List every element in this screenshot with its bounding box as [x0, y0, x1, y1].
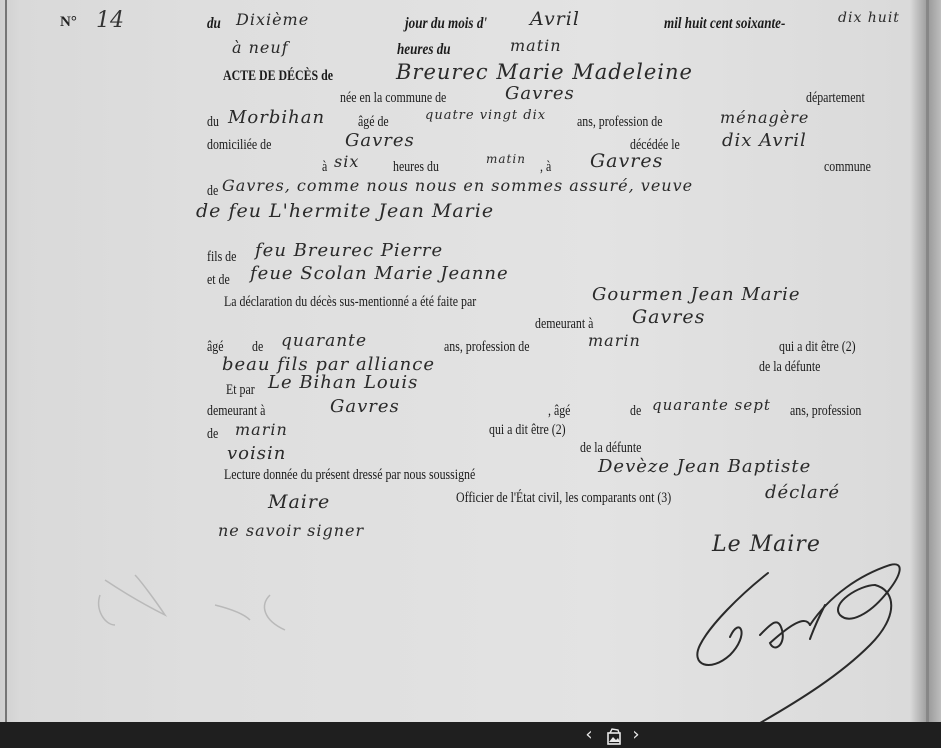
printed-heures-du: heures du [397, 41, 451, 59]
hw-father: feu Breurec Pierre [255, 240, 443, 261]
printed-de-4: de [207, 426, 218, 443]
hw-declarant2-name: Le Bihan Louis [268, 372, 418, 393]
prev-image-button[interactable]: ‹ [579, 725, 599, 745]
record-number: 14 [96, 8, 124, 33]
viewer-toolbar: ‹ › [0, 722, 941, 748]
hw-spouse-line: de feu L'hermite Jean Marie [196, 200, 494, 222]
printed-fils-de: fils de [207, 249, 236, 266]
hw-comparants-declared: déclaré [765, 482, 840, 503]
printed-de: de [207, 183, 218, 200]
hw-closing-title: Le Maire [712, 532, 821, 557]
hw-declarant1-name: Gourmen Jean Marie [592, 284, 801, 305]
hw-death-hour: six [334, 152, 359, 171]
hw-cannot-sign: ne savoir signer [218, 521, 364, 540]
hw-hour: à neuf [232, 38, 289, 57]
image-view-button[interactable] [604, 725, 624, 745]
hw-time-of-day: matin [510, 36, 562, 55]
printed-demeurant-a: demeurant à [535, 316, 593, 333]
hw-profession: ménagère [720, 108, 809, 127]
printed-ans-profession: ans, profession de [577, 114, 663, 131]
hw-department: Morbihan [228, 107, 325, 128]
hw-declarant1-profession: marin [588, 331, 641, 350]
record-number-label: N° [60, 14, 77, 31]
printed-et-par: Et par [226, 382, 255, 399]
document-scan: N° 14 du Dixième jour du mois d' Avril m… [0, 0, 941, 722]
hw-death-time-of-day: matin [486, 152, 526, 166]
hw-commune-line: Gavres, comme nous nous en sommes assuré… [222, 176, 693, 195]
printed-year: mil huit cent soixante- [664, 15, 785, 33]
page-edge [926, 0, 929, 722]
hw-year-suffix: dix huit [838, 10, 900, 26]
printed-acte-de-deces: ACTE DE DÉCÈS de [223, 68, 333, 85]
printed-heures-du-2: heures du [393, 159, 439, 176]
hw-declarant1-age: quarante [281, 331, 367, 351]
image-icon [606, 727, 622, 745]
printed-officier: Officier de l'État civil, les comparants… [456, 490, 671, 507]
hw-birth-commune: Gavres [505, 83, 575, 104]
printed-qui-a-dit-etre-2: qui a dit être (2) [489, 422, 566, 439]
printed-age-2: , âgé [548, 403, 570, 420]
printed-de-la-defunte: de la défunte [759, 359, 820, 376]
hw-declarant2-age: quarante sept [652, 396, 771, 414]
printed-a: à [322, 159, 327, 176]
printed-nee-commune: née en la commune de [340, 90, 446, 107]
printed-et-de: et de [207, 272, 230, 289]
printed-commune: commune [824, 159, 871, 176]
hw-declarant2-profession: marin [235, 420, 288, 439]
printed-a-2: , à [540, 159, 551, 176]
hw-declarant2-residence: Gavres [330, 396, 400, 417]
hw-mother: feue Scolan Marie Jeanne [250, 263, 509, 284]
hw-age: quatre vingt dix [425, 108, 546, 123]
hw-declarant2-relation: voisin [227, 443, 286, 464]
printed-declaration: La déclaration du décès sus-mentionné a … [224, 294, 476, 311]
hw-death-place: Gavres [590, 150, 663, 172]
hw-officer-title: Maire [268, 491, 330, 513]
next-image-button[interactable]: › [626, 725, 646, 745]
printed-de-3: de [630, 403, 641, 420]
hw-officer-name: Devèze Jean Baptiste [598, 456, 811, 477]
printed-du: du [207, 15, 221, 33]
printed-age-de: âgé de [358, 114, 389, 131]
hw-deceased-name: Breurec Marie Madeleine [396, 60, 693, 84]
printed-lecture: Lecture donnée du présent dressé par nou… [224, 467, 475, 484]
chevron-right-icon: › [632, 724, 639, 745]
printed-de-la-defunte-2: de la défunte [580, 440, 641, 457]
chevron-left-icon: ‹ [585, 724, 592, 745]
binding-line [5, 0, 7, 722]
printed-demeurant-a-2: demeurant à [207, 403, 265, 420]
bleed-through-marks [95, 570, 295, 650]
printed-domiciliee: domiciliée de [207, 137, 271, 154]
printed-du-2: du [207, 114, 219, 131]
hw-month: Avril [530, 8, 580, 30]
printed-ans-profession-2: ans, profession de [444, 339, 530, 356]
hw-declarant1-residence: Gavres [632, 306, 705, 328]
hw-day: Dixième [236, 10, 309, 29]
printed-departement: département [806, 90, 865, 107]
printed-qui-a-dit-etre: qui a dit être (2) [779, 339, 856, 356]
printed-jour-du-mois: jour du mois d' [405, 15, 487, 33]
mayor-signature [690, 555, 920, 722]
hw-domicile: Gavres [345, 130, 415, 151]
hw-death-date: dix Avril [722, 130, 807, 151]
printed-ans-profession-3: ans, profession [790, 403, 861, 420]
